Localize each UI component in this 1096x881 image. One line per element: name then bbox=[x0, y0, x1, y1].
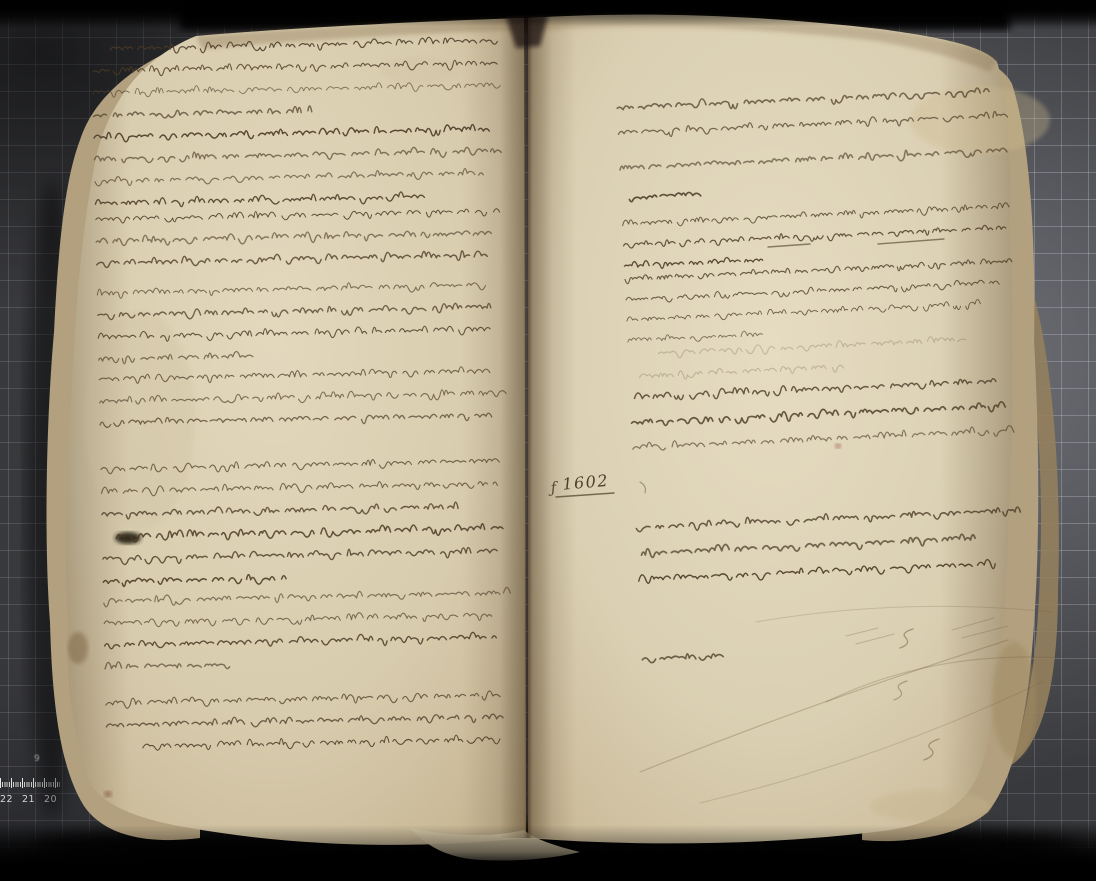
stain bbox=[68, 632, 88, 664]
manuscript-book: ƒ 1602 bbox=[0, 0, 1096, 881]
stain bbox=[992, 642, 1036, 758]
photo-scene: 9 22 21 20 bbox=[0, 0, 1096, 881]
stain bbox=[380, 56, 460, 84]
stain bbox=[870, 790, 990, 822]
stain bbox=[115, 532, 141, 544]
margin-note-year: 1602 bbox=[562, 471, 610, 494]
gutter-shadow bbox=[500, 18, 552, 838]
stain bbox=[104, 791, 112, 797]
stain bbox=[835, 444, 841, 449]
stain bbox=[910, 86, 1050, 154]
book-render-root bbox=[26, 0, 1080, 872]
